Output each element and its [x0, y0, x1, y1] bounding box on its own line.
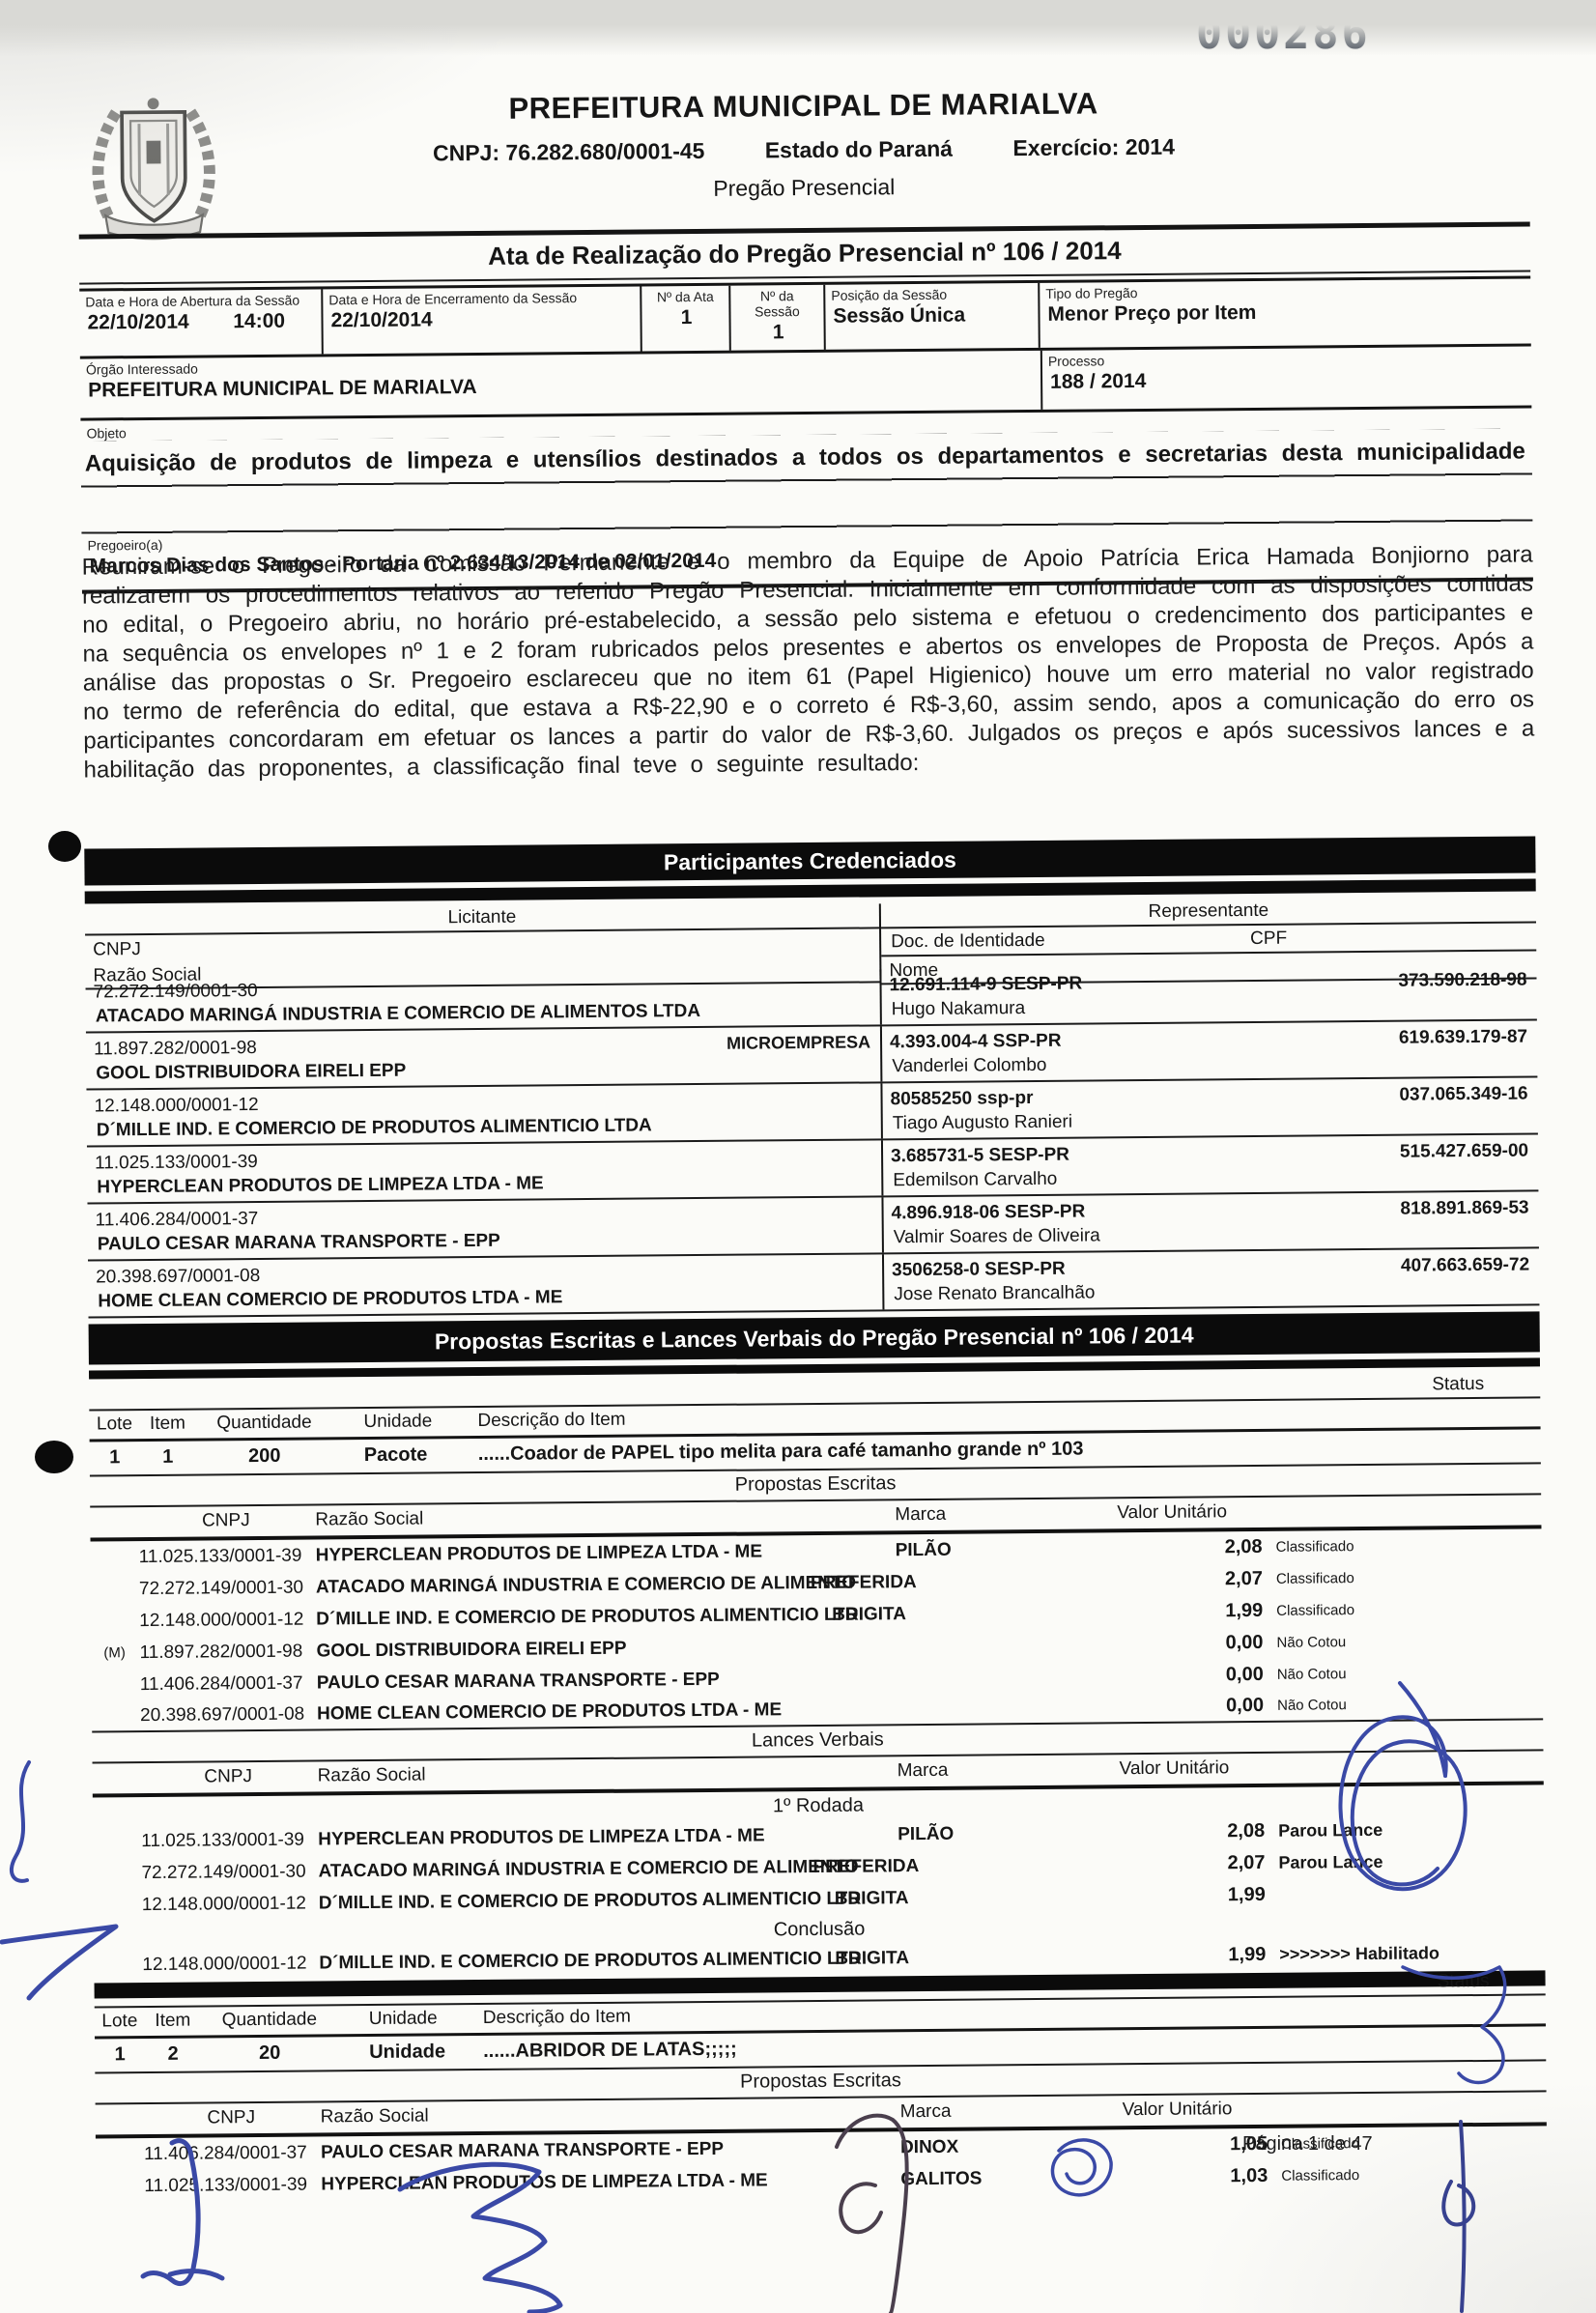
posicao-label: Posição da Sessão — [825, 283, 1038, 303]
abertura-value: 22/10/2014 14:00 — [79, 307, 321, 340]
page-stamp-number: 000286 — [1196, 8, 1371, 59]
scanned-document-page: PREFEITURA MUNICIPAL DE MARIALVA CNPJ: 7… — [0, 0, 1596, 2313]
status-badge: Classificado — [1263, 1568, 1542, 1587]
participants-table: 72.272.149/0001-30 ATACADO MARINGÁ INDUS… — [85, 963, 1539, 1318]
ata-num-value: 1 — [641, 304, 728, 336]
status-badge — [1266, 1893, 1545, 1896]
ata-num-label: Nº da Ata — [641, 286, 728, 305]
document-header: PREFEITURA MUNICIPAL DE MARIALVA CNPJ: 7… — [77, 82, 1529, 207]
doc-col-label: Doc. de Identidade — [891, 928, 1250, 953]
document-type: Pregão Presencial — [78, 168, 1529, 207]
status-badge: Classificado — [1263, 1536, 1542, 1556]
session-objeto-cell: Objeto Aquisição de produtos de limpeza … — [80, 408, 1532, 534]
status-badge: Não Cotou — [1263, 1632, 1542, 1651]
proposals-banner: Propostas Escritas e Lances Verbais do P… — [89, 1311, 1540, 1364]
lot-2-block: Status Lote Item Quantidade Unidade Desc… — [95, 1968, 1548, 2202]
session-abertura-cell: Data e Hora de Abertura da Sessão 22/10/… — [79, 289, 324, 356]
participants-banner: Participantes Credenciados — [84, 836, 1535, 885]
page-title: PREFEITURA MUNICIPAL DE MARIALVA — [77, 82, 1528, 129]
exercise-value: 2014 — [1126, 134, 1175, 159]
session-tipo-cell: Tipo do Pregão Menor Preço por Item — [1040, 278, 1531, 347]
status-badge: Não Cotou — [1264, 1695, 1543, 1714]
abertura-label: Data e Hora de Abertura da Sessão — [79, 289, 321, 309]
tipo-value: Menor Preço por Item — [1040, 297, 1530, 331]
state-label: Estado do Paraná — [765, 136, 954, 163]
session-orgao-cell: Órgão Interessado PREFEITURA MUNICIPAL D… — [80, 351, 1040, 418]
cpf-col-label: CPF — [1250, 928, 1287, 950]
microempresa-tag: MICROEMPRESA — [727, 1032, 870, 1054]
status-badge: Classificado — [1268, 2165, 1547, 2184]
encerramento-value: 22/10/2014 — [323, 305, 640, 339]
hole-punch-mark — [48, 831, 81, 862]
participant-row: 20.398.697/0001-08 HOME CLEAN COMERCIO D… — [88, 1248, 1539, 1318]
status-badge: Parou Lance — [1265, 1850, 1544, 1873]
posicao-value: Sessão Única — [825, 301, 1038, 334]
cnpj-value: 76.282.680/0001-45 — [505, 138, 704, 165]
status-badge: Parou Lance — [1265, 1818, 1544, 1842]
status-badge: >>>>>>> Habilitado — [1266, 1942, 1545, 1965]
header-cnpj-line: CNPJ: 76.282.680/0001-45 Estado do Paran… — [78, 130, 1529, 169]
status-badge: Classificado — [1263, 1600, 1542, 1619]
page-number: Página 1 de 47 — [1242, 2133, 1373, 2156]
cnpj-label: CNPJ: — [433, 140, 499, 166]
session-processo-cell: Processo 188 / 2014 — [1040, 346, 1532, 409]
status-badge: Não Cotou — [1264, 1664, 1543, 1683]
exercise-label: Exercício: — [1012, 134, 1119, 160]
sessao-num-value: 1 — [731, 319, 824, 351]
objeto-value: Aquisição de produtos de limpeza e utens… — [81, 428, 1533, 534]
me-marker: (M) — [91, 1644, 137, 1661]
lot-1-block: Status Lote Item Quantidade Unidade Desc… — [89, 1371, 1545, 1998]
session-posicao-cell: Posição da Sessão Sessão Única — [825, 283, 1040, 350]
hole-punch-mark — [35, 1441, 73, 1473]
processo-value: 188 / 2014 — [1042, 364, 1531, 399]
sessao-num-label: Nº da Sessão — [730, 285, 823, 320]
session-ata-cell: Nº da Ata 1 — [641, 286, 731, 352]
session-encerramento-cell: Data e Hora de Encerramento da Sessão 22… — [323, 287, 642, 355]
session-sessao-cell: Nº da Sessão 1 — [730, 285, 826, 351]
session-minutes-text: Reuniram-se o Pregoeiro da Comissão Perm… — [82, 540, 1535, 785]
page-content: PREFEITURA MUNICIPAL DE MARIALVA CNPJ: 7… — [77, 0, 1549, 2313]
